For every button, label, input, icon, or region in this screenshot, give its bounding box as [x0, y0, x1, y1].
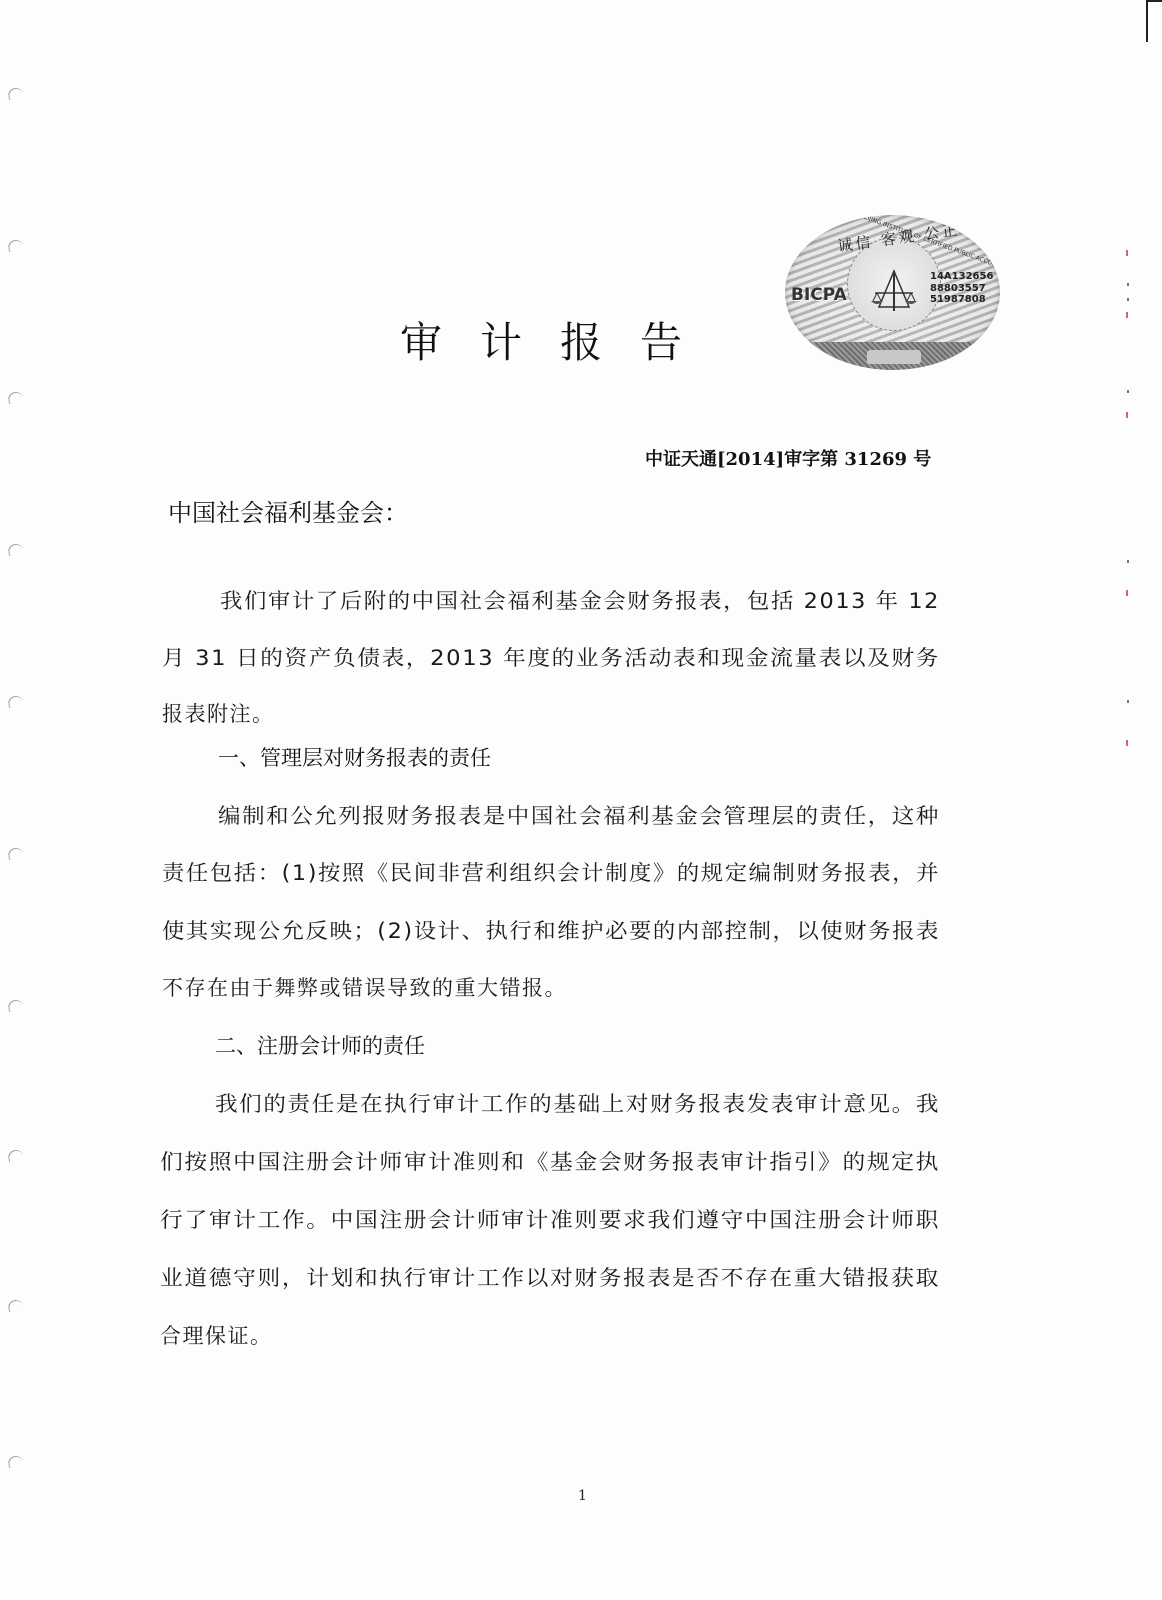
seal-edge-mark [1127, 298, 1129, 301]
stamp-hologram-band [785, 342, 1000, 370]
paragraph-line: 业道德守则，计划和执行审计工作以对财务报表是否不存在重大错报获取 [160, 1262, 940, 1292]
reference-number: 中证天通[2014]审字第 31269 号 [645, 445, 931, 471]
binding-hole-mark [7, 87, 24, 100]
seal-edge-mark [1127, 390, 1129, 393]
binding-hole-mark [7, 847, 24, 860]
binding-hole-mark [7, 391, 24, 404]
paragraph-line: 我们的责任是在执行审计工作的基础上对财务报表发表审计意见。我 [215, 1088, 940, 1118]
binding-hole-mark [7, 1149, 24, 1162]
section-heading: 二、注册会计师的责任 [215, 1030, 425, 1060]
scanned-document-page: 诚信 客观 公正 BEIJING INSTITUTE OF CERTIFIED … [0, 0, 1162, 1600]
stamp-code: 14A132656 [930, 271, 993, 282]
page-edge-mark [1146, 0, 1162, 42]
addressee: 中国社会福利基金会： [168, 493, 408, 528]
paragraph-line: 报表附注。 [162, 698, 275, 728]
binding-hole-mark [7, 999, 24, 1012]
stamp-label-plate [867, 350, 921, 364]
section-heading: 一、管理层对财务报表的责任 [218, 742, 491, 772]
paragraph-line: 月 31 日的资产负债表，2013 年度的业务活动表和现金流量表以及财务 [162, 642, 940, 672]
binding-hole-mark [7, 1299, 24, 1312]
paragraph-line: 我们审计了后附的中国社会福利基金会财务报表，包括 2013 年 12 [220, 585, 940, 615]
binding-hole-mark [7, 239, 24, 252]
stamp-code: 88803557 [930, 283, 986, 294]
paragraph-line: 编制和公允列报财务报表是中国社会福利基金会管理层的责任，这种 [218, 800, 940, 830]
seal-edge-mark [1127, 560, 1129, 563]
paragraph-line: 责任包括：(1)按照《民间非营利组织会计制度》的规定编制财务报表，并 [162, 857, 940, 887]
seal-edge-mark [1126, 412, 1128, 418]
paragraph-line: 使其实现公允反映；(2)设计、执行和维护必要的内部控制，以使财务报表 [162, 915, 940, 945]
paragraph-line: 不存在由于舞弊或错误导致的重大错报。 [162, 972, 567, 1002]
seal-edge-mark [1126, 590, 1128, 596]
page-number: 1 [578, 1488, 587, 1504]
document-title: 审计报告 [400, 310, 720, 370]
seal-edge-mark [1126, 312, 1128, 318]
paragraph-line: 们按照中国注册会计师审计准则和《基金会财务报表审计指引》的规定执 [160, 1146, 940, 1176]
seal-edge-mark [1127, 283, 1129, 286]
paragraph-line: 行了审计工作。中国注册会计师审计准则要求我们遵守中国注册会计师职 [160, 1204, 940, 1234]
scales-of-justice-icon [869, 267, 919, 317]
seal-edge-mark [1126, 740, 1128, 746]
seal-edge-mark [1127, 700, 1129, 703]
stamp-code: 51987808 [930, 294, 986, 305]
seal-edge-mark [1126, 250, 1128, 256]
stamp-abbreviation: BICPA [791, 285, 847, 305]
binding-hole-mark [7, 543, 24, 556]
binding-hole-mark [7, 695, 24, 708]
binding-hole-mark [7, 1455, 24, 1468]
paragraph-line: 合理保证。 [160, 1320, 273, 1350]
cpa-stamp: 诚信 客观 公正 BEIJING INSTITUTE OF CERTIFIED … [785, 215, 1000, 370]
